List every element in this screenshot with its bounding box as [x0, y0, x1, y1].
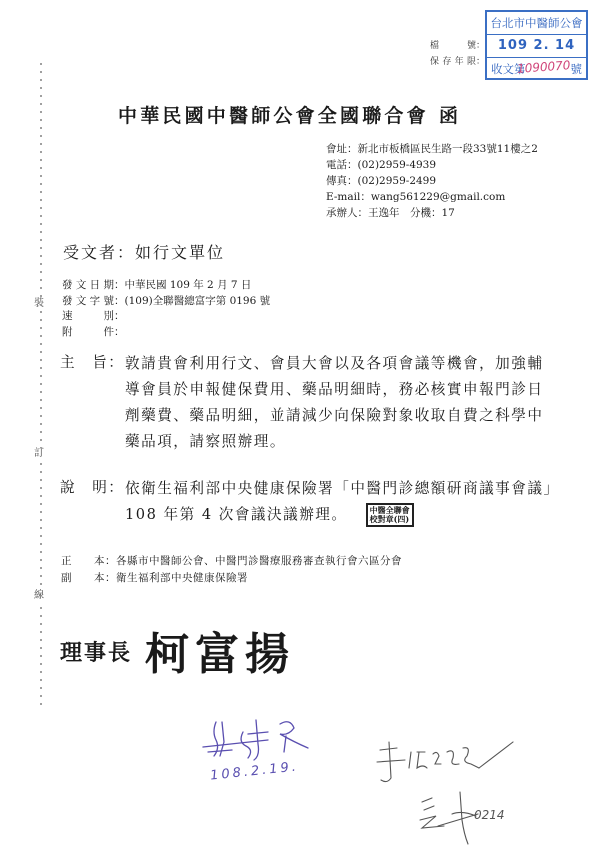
signature-3-date: 0214 [474, 808, 505, 822]
distribution-copy: 副本：衛生福利部中央健康保險署 [61, 570, 402, 587]
binding-mark-zhuang: 裝 [34, 298, 44, 310]
stamp-receipt-row: 收文第 1090070 號 [487, 58, 586, 80]
distribution: 正本：各縣市中醫師公會、中醫門診醫療服務審查執行會六區分會 副本：衛生福利部中央… [61, 553, 402, 587]
handwritten-signature-1: 108.2.19. [198, 712, 318, 791]
meta-doc-number: 發文字號：(109)全聯醫總富字第 0196 號 [62, 294, 270, 310]
binding-mark-xian: 線 [34, 590, 44, 602]
archive-info: 檔號： 保存年限： [430, 38, 485, 70]
handwritten-signature-3: 0214 [418, 790, 508, 849]
archive-retention: 保存年限： [430, 54, 485, 70]
receipt-stamp: 台北市中醫師公會 109 2. 14 收文第 1090070 號 [485, 10, 588, 80]
organization-title: 中華民國中醫師公會全國聯合會 [118, 101, 429, 128]
contact-phone: 電話：(02)2959-4939 [326, 157, 538, 173]
stamp-receipt-number: 1090070 [516, 54, 571, 80]
document-meta: 發文日期：中華民國 109 年 2 月 7 日 發文字號：(109)全聯醫總富字… [62, 278, 270, 340]
meta-issue-date: 發文日期：中華民國 109 年 2 月 7 日 [62, 278, 270, 294]
signature-scribble-icon [375, 738, 515, 798]
chairman-title: 理事長 [60, 636, 132, 667]
archive-file-number: 檔號： [430, 38, 485, 54]
recipient: 受文者：如行文單位 [63, 240, 225, 263]
subject-label: 主 旨： [60, 351, 124, 372]
explanation-body: 依衛生福利部中央健康保險署「中醫門診總額研商議事會議」 108 年第 4 次會議… [125, 476, 595, 528]
stamp-date: 109 2. 14 [487, 35, 586, 58]
contact-block: 會址：新北市板橋區民生路一段33號11樓之2 電話：(02)2959-4939 … [326, 141, 538, 221]
meta-attachment: 附件： [62, 325, 270, 341]
contact-email: E-mail：wang561229@gmail.com [326, 189, 538, 205]
distribution-main: 正本：各縣市中醫師公會、中醫門診醫療服務審查執行會六區分會 [61, 553, 402, 570]
explanation-label: 說 明： [60, 476, 124, 497]
proof-seal: 中醫全聯會 校對章(四) [366, 503, 414, 527]
contact-fax: 傳真：(02)2959-2499 [326, 173, 538, 189]
meta-speed: 速別： [62, 309, 270, 325]
stamp-org: 台北市中醫師公會 [487, 12, 586, 35]
contact-handler: 承辦人：王逸年 分機：17 [326, 205, 538, 221]
binding-mark-ding: 訂 [34, 448, 44, 460]
chairman-name: 柯富揚 [145, 618, 295, 682]
subject-body: 敦請貴會利用行文、會員大會以及各項會議等機會，加強輔 導會員於申報健保費用、藥品… [125, 351, 595, 455]
contact-address: 會址：新北市板橋區民生路一段33號11樓之2 [326, 141, 538, 157]
doc-type: 函 [439, 101, 458, 128]
binding-dotted-line [40, 60, 42, 710]
